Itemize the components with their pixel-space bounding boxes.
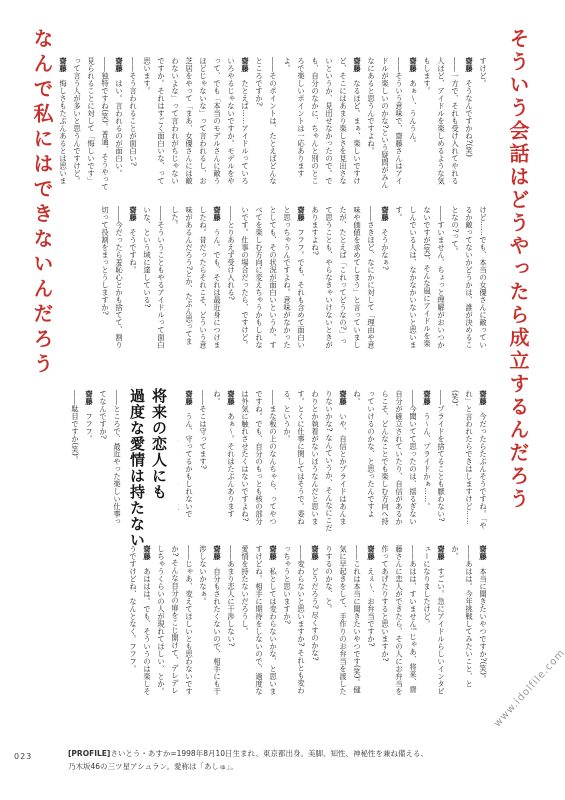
page-number: 023 [14, 752, 32, 761]
paragraph: ――そのポイントは、たとえばどんなところですか? [252, 57, 280, 191]
interview-band-b2: けど……でも、本当の女優さんに敵っているか敵ってないかどうかは、誰が決めることな… [57, 206, 490, 352]
speaker-label: 齋藤 [129, 206, 138, 221]
speaker-label: 齋藤 [465, 57, 474, 72]
paragraph: 齋藤 自分もされたくないので、相手にも干渉しないかなぁ。 [196, 545, 224, 695]
interview-band-b3l: ――ところで、最近やった楽しい仕事ってなんですか?齋藤 フフフ。――駄目ですか(… [56, 390, 124, 532]
paragraph: 齋藤 フフフ。でも、それも含めて面白いと思っちゃうんですよね。意味がなかったとし… [238, 206, 308, 352]
profile-line-1: [PROFILE]さいとう・あすか=1998年8月10日生まれ、東京都出身。美脚… [68, 747, 488, 760]
paragraph: 齋藤 う〜ん、プライドかぁ……。 [420, 390, 434, 532]
speaker-label: 齋藤 [367, 545, 376, 560]
speaker-label: 齋藤 [269, 545, 278, 560]
paragraph: ――そこは守ってます? [196, 390, 210, 532]
paragraph: 齋藤 そうかなぁ? [378, 206, 392, 352]
paragraph: ――そういうこともやるアイドルって面白いな、という域に達している? [140, 206, 168, 352]
paragraph: ――そう言われることが面白い? [126, 57, 140, 191]
speaker-label: 齋藤 [213, 545, 222, 560]
paragraph: ――すいません、ちょっと理解がおいつかないですが(笑)、そんな風にアイドルを楽し… [392, 206, 448, 352]
paragraph: ――まな板の上のなんちゃら、ってやつですね。でも、自分のもっとも核の部分は外気に… [238, 390, 280, 532]
speaker-label: 齋藤 [213, 206, 222, 221]
paragraph: 齋藤 そうなんですかね?(笑) [462, 57, 476, 191]
paragraph: 齋藤 うん。でも、それは最近身につけましたね。昔だったらそれこそ、どういう意味が… [168, 206, 224, 352]
paragraph: ――これは本当に聞きたいやつです(笑)。健気に早起きをして、手作りのお弁当を渡し… [322, 545, 364, 695]
headline-center-bold: 将来の恋人にも 過度な愛情は持たない [126, 388, 170, 548]
profile-line-2: 乃木坂46の三ツ星アシュラン。愛称は「あしゅ」。 [68, 760, 488, 773]
paragraph: ――一方で、それも受け入れてやれる人ほど、アイドルを楽しめるような気もします。 [420, 57, 462, 191]
headline-center-line-2: 過度な愛情は持たない [126, 388, 148, 548]
paragraph: 齋藤 なるほど。まぁ、楽しいですけど、そこにはあまり楽しさを見出さないというか、… [280, 57, 364, 191]
speaker-label: 齋藤 [339, 390, 348, 405]
paragraph: 齋藤 私としては変わらないかな、と思いますけどね。相手に期待をしないので、過度な… [238, 545, 280, 695]
speaker-label: 齋藤 [115, 57, 124, 72]
profile-label: [PROFILE] [68, 749, 110, 758]
paragraph: 齋藤 はい。言われるのが面白い。 [112, 57, 126, 191]
paragraph: 齋藤 どうだろう? 尽くすのかな? [308, 545, 322, 695]
paragraph: 齋藤 あぁ〜。それはたぶんありますね。 [210, 390, 238, 532]
paragraph: ――さきほど、なにかに対して「理由や意味や価値を求めてしまう」と言っていましたが… [308, 206, 378, 352]
paragraph: 齋藤 そうですね。 [126, 206, 140, 352]
paragraph: ――あはは、すいません! じゃあ、将来、齋藤さんに恋人ができたら、その人にお弁当… [378, 545, 420, 695]
speaker-label: 齋藤 [353, 57, 362, 72]
paragraph: けど……でも、本当の女優さんに敵っているか敵ってないかどうかは、誰が決めることな… [448, 206, 490, 352]
headline-right-red: そういう会話はどうやったら成立するんだろう [504, 28, 533, 511]
speaker-label: 齋藤 [479, 545, 488, 560]
speaker-label: 齋藤 [437, 545, 446, 560]
speaker-label: 齋藤 [143, 545, 152, 560]
speaker-label: 齋藤 [381, 206, 390, 221]
paragraph: 齋藤 あぁ〜、うんうん。 [406, 57, 420, 191]
headline-left-red: なんで私にはできないんだろう [28, 28, 57, 378]
paragraph: 齋藤 えぇ〜、お弁当ですか? [364, 545, 378, 695]
paragraph: ――あはは。今年挑戦してみたいこと、とか。 [448, 545, 476, 695]
profile: [PROFILE]さいとう・あすか=1998年8月10日生まれ、東京都出身。美脚… [68, 747, 488, 773]
paragraph: 齋藤 すごい。急にアイドルらしいインタビューになりましたけど。 [420, 545, 448, 695]
paragraph: ――変わらないと思いますか? それとも変わっちゃうと思いますか? [280, 545, 308, 695]
interview-band-b1: すけど。齋藤 そうなんですかね?(笑)――一方で、それも受け入れてやれる人ほど、… [57, 57, 490, 191]
paragraph: ――今だったら羞恥心とかも捨てて、割り切って役割をまっとうしますか? [98, 206, 126, 352]
paragraph: 齋藤 悔しさもたぶんあるとは思います [57, 57, 70, 191]
speaker-label: 齋藤 [409, 57, 418, 72]
paragraph: ――あまり恋人に干渉しない? [224, 545, 238, 695]
paragraph: ――そういう意味で、齋藤さんはアイドルが楽しいのかな?という疑問がみんなにあると… [364, 57, 406, 191]
speaker-label: 齋藤 [423, 390, 432, 405]
profile-text-2: 乃木坂46の三ツ星アシュラン。愛称は「あしゅ」。 [68, 762, 238, 771]
speaker-label: 齋藤 [59, 57, 68, 72]
speaker-label: 齋藤 [311, 545, 320, 560]
paragraph: 齋藤 あははは。でも、そういうのは楽しそうですけどね、なんとなく。フフフ。 [126, 545, 154, 695]
headline-center-line-1: 将来の恋人にも [148, 388, 170, 548]
speaker-label: 齋藤 [85, 390, 94, 405]
paragraph: ――独特ですね(笑)。普通、そうやって見られることに対して「悔しいです」って言う… [70, 57, 112, 191]
interview-band-b4: 齋藤 本当に聞きたいやつですか?(笑)。――あはは。今年挑戦してみたいこと、とか… [56, 545, 490, 695]
paragraph: すけど。 [476, 57, 490, 191]
paragraph: ――駄目ですか(笑)。 [68, 390, 82, 532]
speaker-label: 齋藤 [227, 390, 236, 405]
paragraph: 齋藤 今だったらたぶんそうですね。「やれ」と言われたらできはしますけど……(笑)… [448, 390, 490, 532]
profile-text-1: さいとう・あすか=1998年8月10日生まれ、東京都出身。美脚、知性、神秘性を兼… [110, 749, 428, 758]
paragraph: 齋藤 うん、守ってるかもしれないです。でも、それは本当に自分しか触らないやつ。家… [178, 390, 196, 532]
paragraph: 齋藤 本当に聞きたいやつですか?(笑)。 [476, 545, 490, 695]
speaker-label: 齋藤 [185, 390, 194, 405]
speaker-label: 齋藤 [297, 206, 306, 221]
paragraph: ――プライドを捨てることも厭わない? [434, 390, 448, 532]
paragraph: ――今聞いてて思ったのは、揺るぎない自分が確立されていたり、自信があるからこそ、… [350, 390, 420, 532]
watermark: www.idolfile.com [492, 640, 565, 729]
paragraph: 齋藤 たとえば……アイドルっていろいろやるじゃないですか。モデルをやって、でも「… [140, 57, 252, 191]
paragraph: ――じゃあ、変えてほしいとも思わないですか? そんな自分の扉をこじ開けて、デレデ… [154, 545, 196, 695]
paragraph: 齋藤 フフフ。 [82, 390, 96, 532]
speaker-label: 齋藤 [479, 390, 488, 405]
paragraph: ――とりあえず受け入れる? [224, 206, 238, 352]
speaker-label: 齋藤 [241, 57, 250, 72]
magazine-page: { "page": { "number": "023", "watermark"… [0, 0, 565, 800]
paragraph: 齋藤 いや、自信とかプライドはあんまりないかな? なんていうか、そんなにこだわり… [280, 390, 350, 532]
paragraph: ――ところで、最近やった楽しい仕事ってなんですか? [96, 390, 124, 532]
interview-band-b3r: 齋藤 今だったらたぶんそうですね。「やれ」と言われたらできはしますけど……(笑)… [178, 390, 490, 532]
